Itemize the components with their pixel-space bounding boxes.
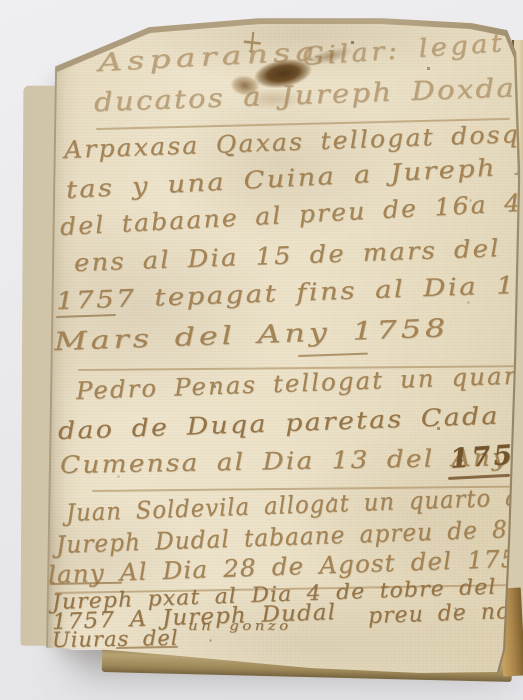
manuscript-line: preu de nou (368, 599, 523, 629)
manuscript-photo: + Asparansa Gilar: legat un ducatos a Ju… (0, 0, 523, 700)
manuscript-line: ens al Dia 15 de mars del a y (74, 232, 523, 277)
manuscript-line: Cumensa al Dia 13 del Any (60, 443, 510, 479)
manuscript-line: dao de Duqa paretas Cada mes (58, 399, 523, 445)
ink-underline (448, 474, 510, 480)
manuscript-line: Mars del Any 1758 (53, 313, 449, 356)
ink-underline (298, 353, 368, 357)
manuscript-page: + Asparansa Gilar: legat un ducatos a Ju… (0, 0, 523, 700)
manuscript-line: 1757 tepagat fins al Dia 15 (56, 270, 523, 315)
foxing-speckles (0, 0, 1, 1)
manuscript-line-interlinear: un gonzo (188, 619, 292, 634)
